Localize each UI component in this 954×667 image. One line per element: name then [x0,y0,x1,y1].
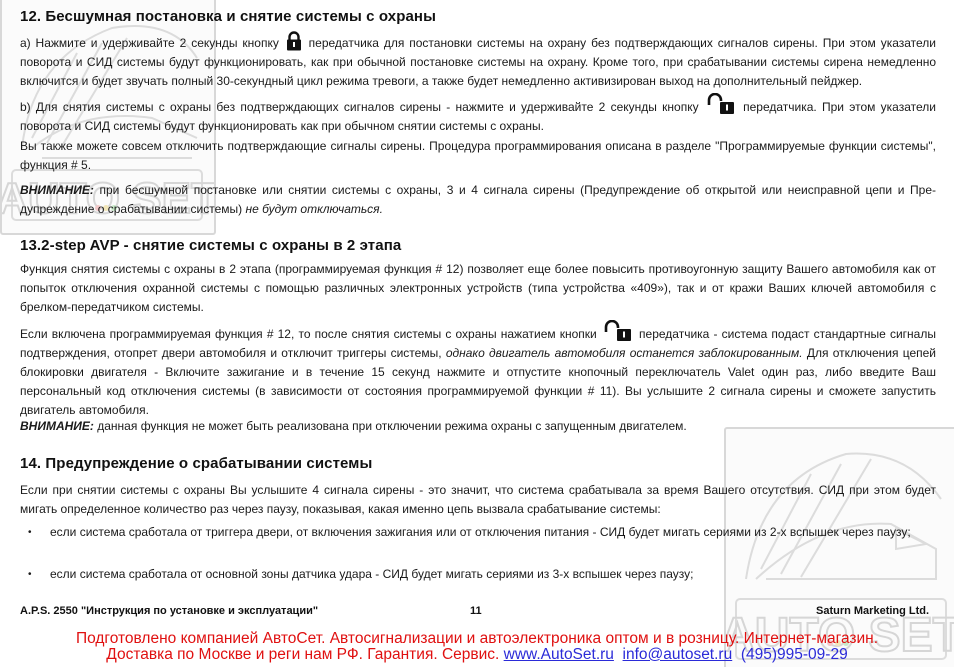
section-13-title: 13.2-step AVP - снятие системы с охраны … [20,237,401,254]
phone-number: (495)995-09-29 [741,646,848,663]
warning-label: ВНИМАНИЕ: [20,419,94,433]
section-12-paragraph-c: Вы также можете совсем отключить подтвер… [20,137,936,175]
section-14-paragraph-1: Если при снятии системы с охраны Вы услы… [20,481,936,519]
email-link[interactable]: info@autoset.ru [623,646,733,663]
section-13-warning: ВНИМАНИЕ: данная функция не может быть р… [20,417,936,436]
section-12-warning: ВНИМАНИЕ: при бесшумной постановке или с… [20,181,936,219]
lock-open-icon [706,93,736,115]
lock-open-icon [603,320,633,342]
section-12-title: 12. Бесшумная постановка и снятие систем… [20,8,436,25]
footer-document-title: A.P.S. 2550 "Инструкция по установке и э… [20,605,318,617]
page-number: 11 [470,605,482,617]
section-14-title: 14. Предупреждение о срабатывании систем… [20,455,372,472]
section-12-paragraph-b: b) Для снятия системы с охраны без подтв… [20,93,936,136]
list-item: если система сработала от основной зоны … [50,564,936,585]
section-12-paragraph-a: a) Нажмите и удерживайте 2 секунды кнопк… [20,31,936,91]
section-13-paragraph-2: Если включена программируемая функция # … [20,320,936,420]
advert-line-2: Доставка по Москве и реги нам РФ. Гарант… [0,646,954,664]
lock-closed-icon [286,31,302,51]
bullet-icon: • [28,569,32,580]
footer-company: Saturn Marketing Ltd. [816,605,929,617]
website-link[interactable]: www.AutoSet.ru [504,646,614,663]
warning-label: ВНИМАНИЕ: [20,183,94,197]
bullet-icon: • [28,527,32,538]
section-13-paragraph-1: Функция снятия системы с охраны в 2 этап… [20,260,936,317]
list-item: если система сработала от триггера двери… [50,522,936,543]
